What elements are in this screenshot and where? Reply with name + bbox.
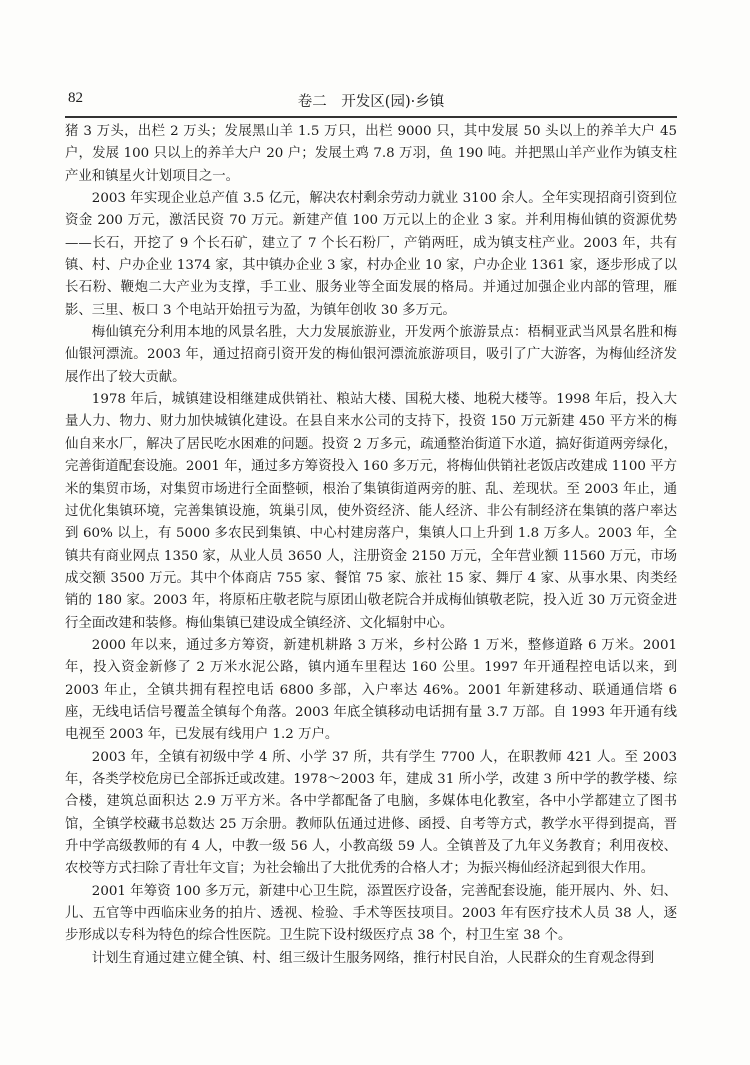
running-title: 卷二 开发区(园)·乡镇	[65, 90, 677, 111]
paragraph-family-planning: 计划生育通过建立健全镇、村、组三级计生服务网络，推行村民自治，人民群众的生育观念…	[65, 948, 677, 970]
body-text: 猪 3 万头，出栏 2 万头；发展黑山羊 1.5 万只，出栏 9000 只，其中…	[65, 121, 677, 970]
paragraph-livestock: 猪 3 万头，出栏 2 万头；发展黑山羊 1.5 万只，出栏 9000 只，其中…	[65, 121, 677, 188]
paragraph-education: 2003 年，全镇有初级中学 4 所、小学 37 所，共有学生 7700 人，在…	[65, 747, 677, 881]
paragraph-tourism: 梅仙镇充分利用本地的风景名胜，大力发展旅游业，开发两个旅游景点：梧桐亚武当风景名…	[65, 322, 677, 389]
paragraph-health: 2001 年筹资 100 多万元，新建中心卫生院，添置医疗设备，完善配套设施，能…	[65, 881, 677, 948]
paragraph-enterprise: 2003 年实现企业总产值 3.5 亿元，解决农村剩余劳动力就业 3100 余人…	[65, 188, 677, 322]
running-header: 82 卷二 开发区(园)·乡镇	[65, 88, 677, 118]
paragraph-transport-telecom: 2000 年以来，通过多方筹资，新建机耕路 3 万米，乡村公路 1 万米，整修道…	[65, 635, 677, 747]
paragraph-town-construction: 1978 年后，城镇建设相继建成供销社、粮站大楼、国税大楼、地税大楼等。1998…	[65, 389, 677, 635]
